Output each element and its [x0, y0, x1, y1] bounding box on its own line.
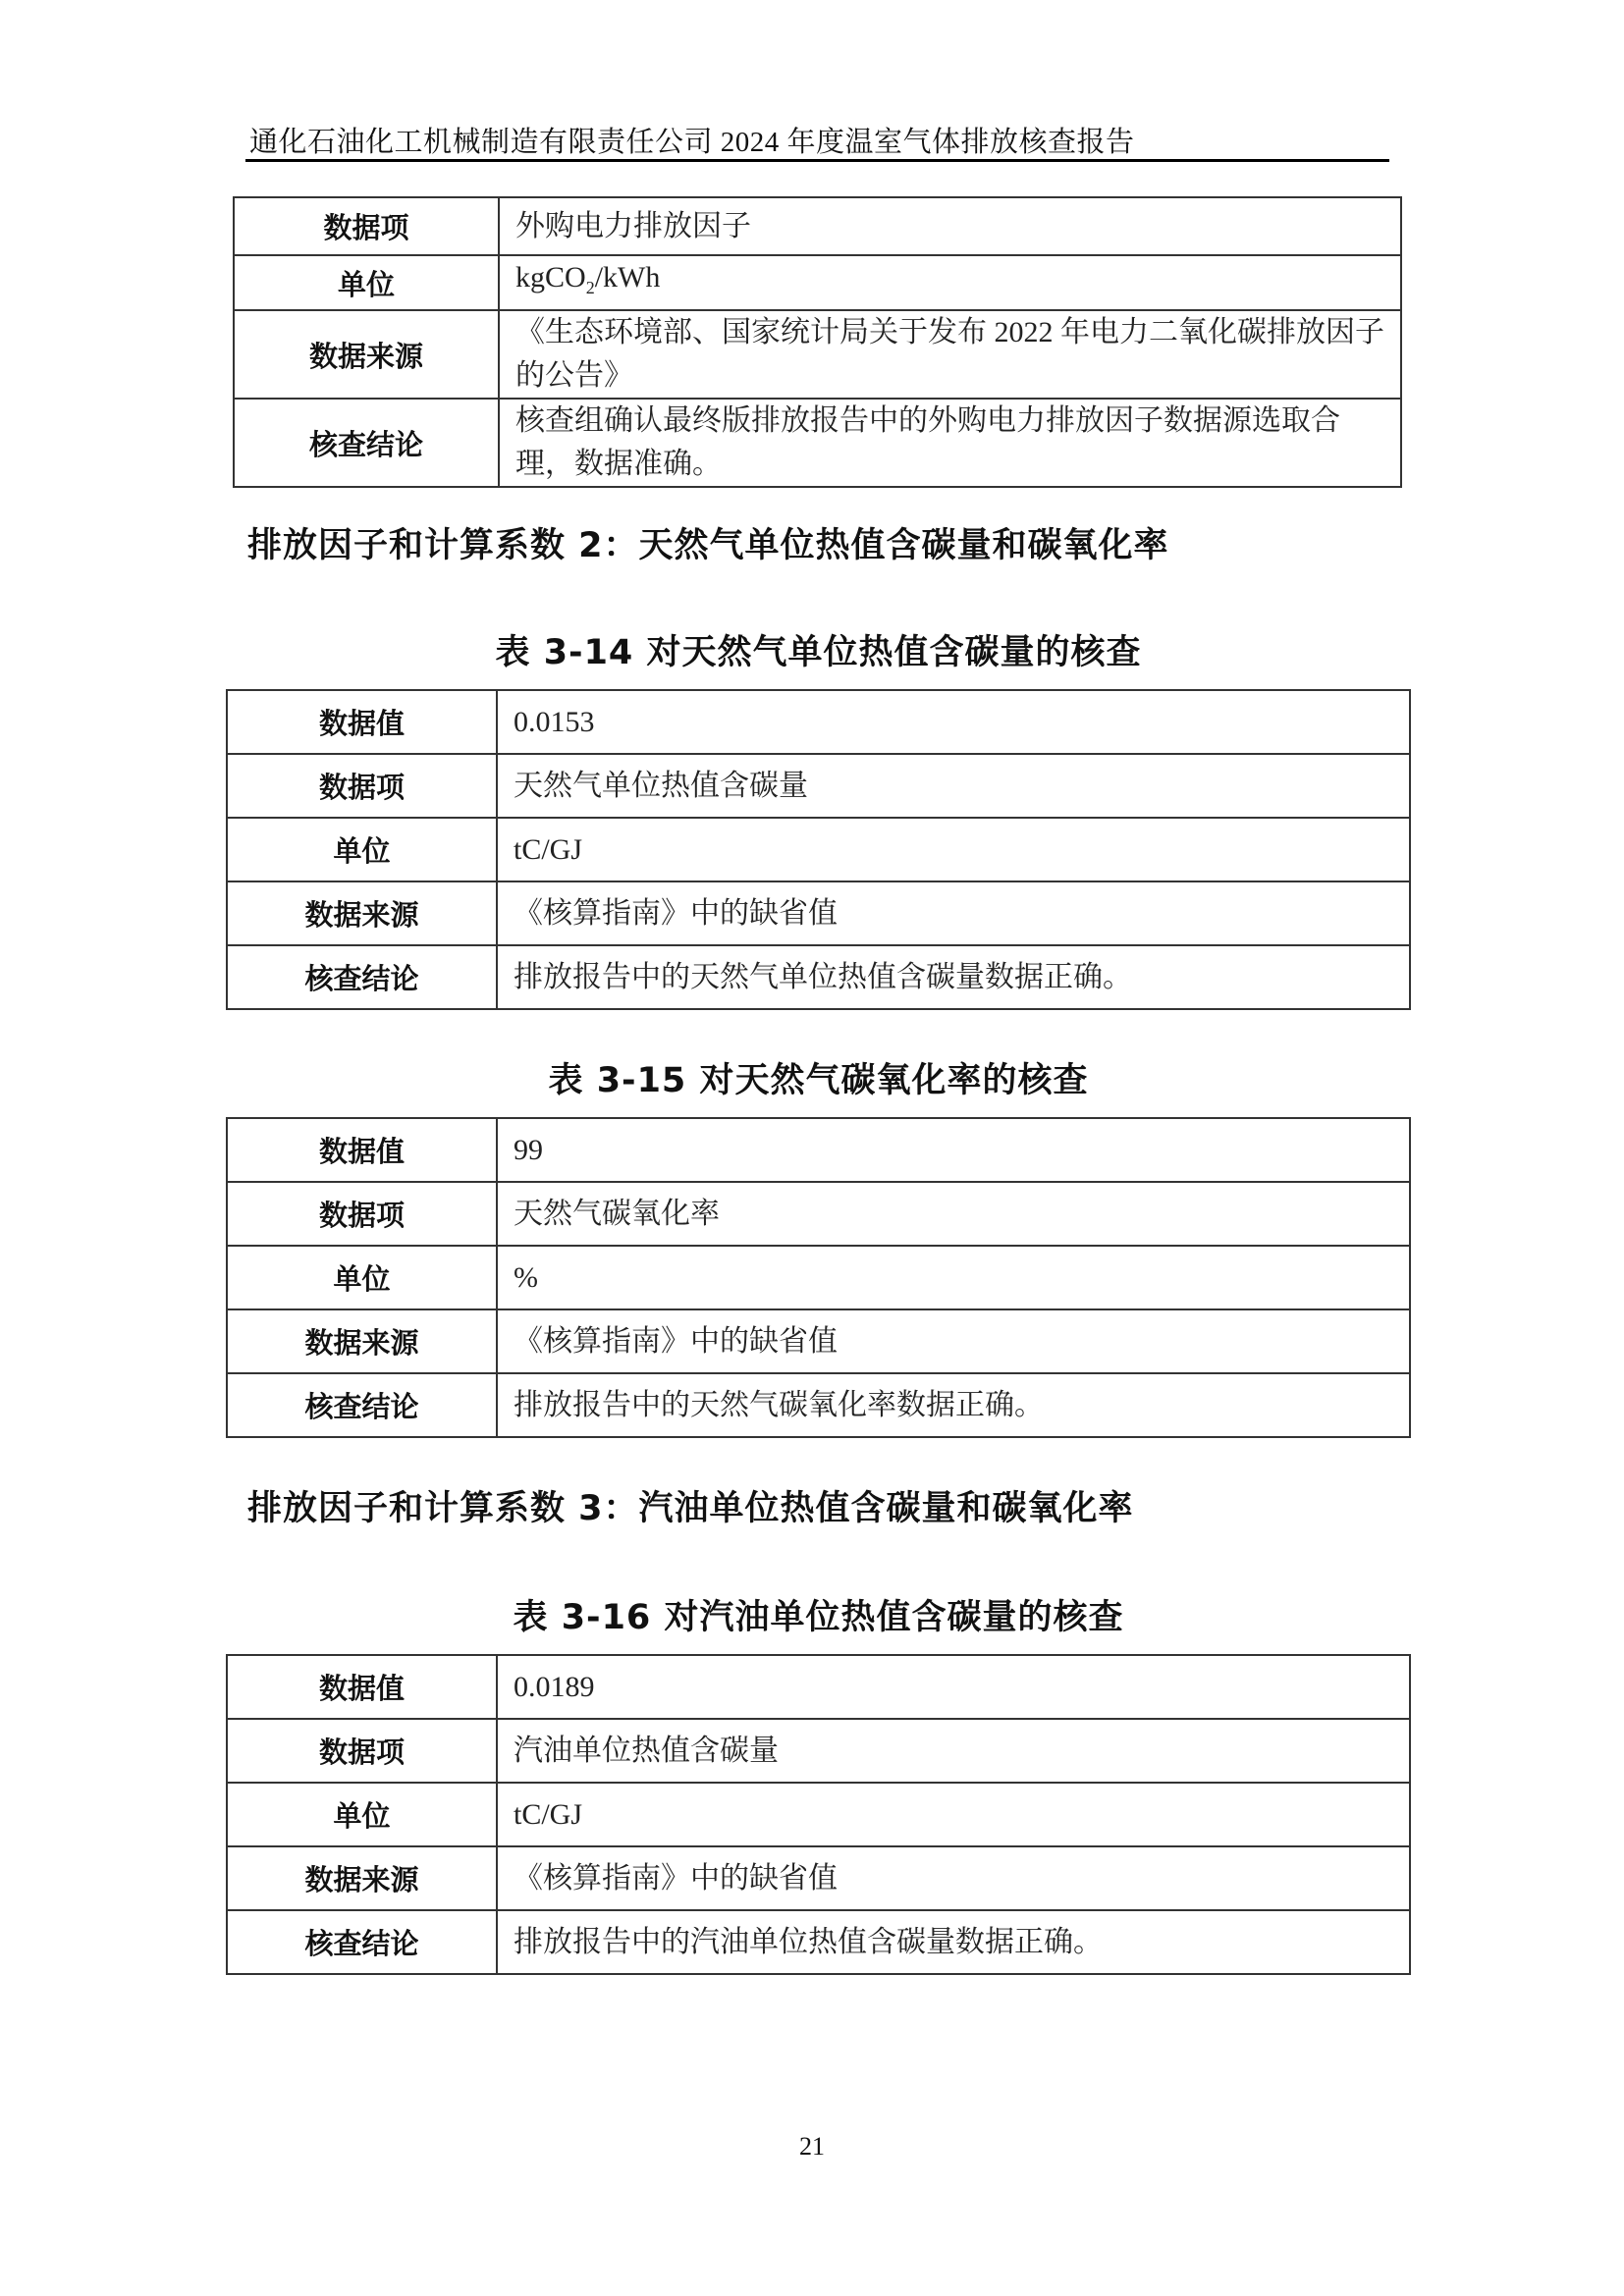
- row-key: 数据值: [227, 690, 497, 754]
- table-row: 数据项汽油单位热值含碳量: [227, 1719, 1410, 1783]
- row-value: 核查组确认最终版排放报告中的外购电力排放因子数据源选取合理，数据准确。: [499, 399, 1401, 487]
- row-key: 数据值: [227, 1655, 497, 1719]
- table-row: 核查结论排放报告中的汽油单位热值含碳量数据正确。: [227, 1910, 1410, 1974]
- table-row: 数据来源《核算指南》中的缺省值: [227, 881, 1410, 945]
- section-heading: 排放因子和计算系数 2：天然气单位热值含碳量和碳氧化率: [247, 518, 1169, 567]
- table-3-15: 数据值99 数据项天然气碳氧化率 单位% 数据来源《核算指南》中的缺省值 核查结…: [226, 1117, 1411, 1438]
- report-title: 通化石油化工机械制造有限责任公司 2024 年度温室气体排放核查报告: [249, 120, 1135, 160]
- electricity-factor-table: 数据项 外购电力排放因子 单位 kgCO2/kWh 数据来源 《生态环境部、国家…: [233, 196, 1402, 488]
- row-key: 数据项: [227, 1182, 497, 1246]
- row-value: kgCO2/kWh: [499, 255, 1401, 310]
- table-row: 单位 kgCO2/kWh: [234, 255, 1401, 310]
- row-value: 0.0153: [497, 690, 1410, 754]
- row-key: 核查结论: [227, 1373, 497, 1437]
- table-row: 单位tC/GJ: [227, 1783, 1410, 1846]
- table-row: 核查结论排放报告中的天然气碳氧化率数据正确。: [227, 1373, 1410, 1437]
- row-key: 数据项: [227, 1719, 497, 1783]
- table-caption: 表 3-14 对天然气单位热值含碳量的核查: [226, 625, 1411, 674]
- row-value: 天然气单位热值含碳量: [497, 754, 1410, 818]
- row-value: tC/GJ: [497, 818, 1410, 881]
- row-value: 0.0189: [497, 1655, 1410, 1719]
- row-value: 汽油单位热值含碳量: [497, 1719, 1410, 1783]
- page-header: 通化石油化工机械制造有限责任公司 2024 年度温室气体排放核查报告: [245, 116, 1389, 162]
- table-row: 数据值0.0153: [227, 690, 1410, 754]
- row-key: 核查结论: [227, 945, 497, 1009]
- row-value: 《生态环境部、国家统计局关于发布 2022 年电力二氧化碳排放因子的公告》: [499, 310, 1401, 399]
- table-3-14: 数据值0.0153 数据项天然气单位热值含碳量 单位tC/GJ 数据来源《核算指…: [226, 689, 1411, 1010]
- row-key: 单位: [234, 255, 499, 310]
- row-value: 《核算指南》中的缺省值: [497, 1309, 1410, 1373]
- row-key: 数据来源: [227, 1846, 497, 1910]
- page-number: 21: [0, 2132, 1624, 2162]
- row-value: 《核算指南》中的缺省值: [497, 881, 1410, 945]
- row-key: 数据来源: [227, 1309, 497, 1373]
- table-row: 数据来源《核算指南》中的缺省值: [227, 1309, 1410, 1373]
- row-key: 单位: [227, 1783, 497, 1846]
- row-key: 数据项: [227, 754, 497, 818]
- table-row: 数据来源《核算指南》中的缺省值: [227, 1846, 1410, 1910]
- row-value: 排放报告中的天然气碳氧化率数据正确。: [497, 1373, 1410, 1437]
- row-value: 外购电力排放因子: [499, 197, 1401, 255]
- row-key: 单位: [227, 1246, 497, 1309]
- table-row: 核查结论 核查组确认最终版排放报告中的外购电力排放因子数据源选取合理，数据准确。: [234, 399, 1401, 487]
- table-row: 数据项天然气单位热值含碳量: [227, 754, 1410, 818]
- table-row: 单位tC/GJ: [227, 818, 1410, 881]
- table-row: 单位%: [227, 1246, 1410, 1309]
- row-key: 数据项: [234, 197, 499, 255]
- row-key: 数据来源: [227, 881, 497, 945]
- row-key: 单位: [227, 818, 497, 881]
- row-key: 数据值: [227, 1118, 497, 1182]
- table-caption: 表 3-16 对汽油单位热值含碳量的核查: [226, 1590, 1411, 1639]
- table-row: 数据来源 《生态环境部、国家统计局关于发布 2022 年电力二氧化碳排放因子的公…: [234, 310, 1401, 399]
- row-value: 天然气碳氧化率: [497, 1182, 1410, 1246]
- row-value: tC/GJ: [497, 1783, 1410, 1846]
- row-value: %: [497, 1246, 1410, 1309]
- row-value: 排放报告中的汽油单位热值含碳量数据正确。: [497, 1910, 1410, 1974]
- table-row: 数据值99: [227, 1118, 1410, 1182]
- table-caption: 表 3-15 对天然气碳氧化率的核查: [226, 1053, 1411, 1102]
- row-key: 数据来源: [234, 310, 499, 399]
- section-heading: 排放因子和计算系数 3：汽油单位热值含碳量和碳氧化率: [247, 1481, 1134, 1530]
- table-3-16: 数据值0.0189 数据项汽油单位热值含碳量 单位tC/GJ 数据来源《核算指南…: [226, 1654, 1411, 1975]
- row-key: 核查结论: [234, 399, 499, 487]
- table-row: 数据项天然气碳氧化率: [227, 1182, 1410, 1246]
- row-key: 核查结论: [227, 1910, 497, 1974]
- row-value: 《核算指南》中的缺省值: [497, 1846, 1410, 1910]
- table-row: 核查结论排放报告中的天然气单位热值含碳量数据正确。: [227, 945, 1410, 1009]
- row-value: 排放报告中的天然气单位热值含碳量数据正确。: [497, 945, 1410, 1009]
- table-row: 数据值0.0189: [227, 1655, 1410, 1719]
- table-row: 数据项 外购电力排放因子: [234, 197, 1401, 255]
- row-value: 99: [497, 1118, 1410, 1182]
